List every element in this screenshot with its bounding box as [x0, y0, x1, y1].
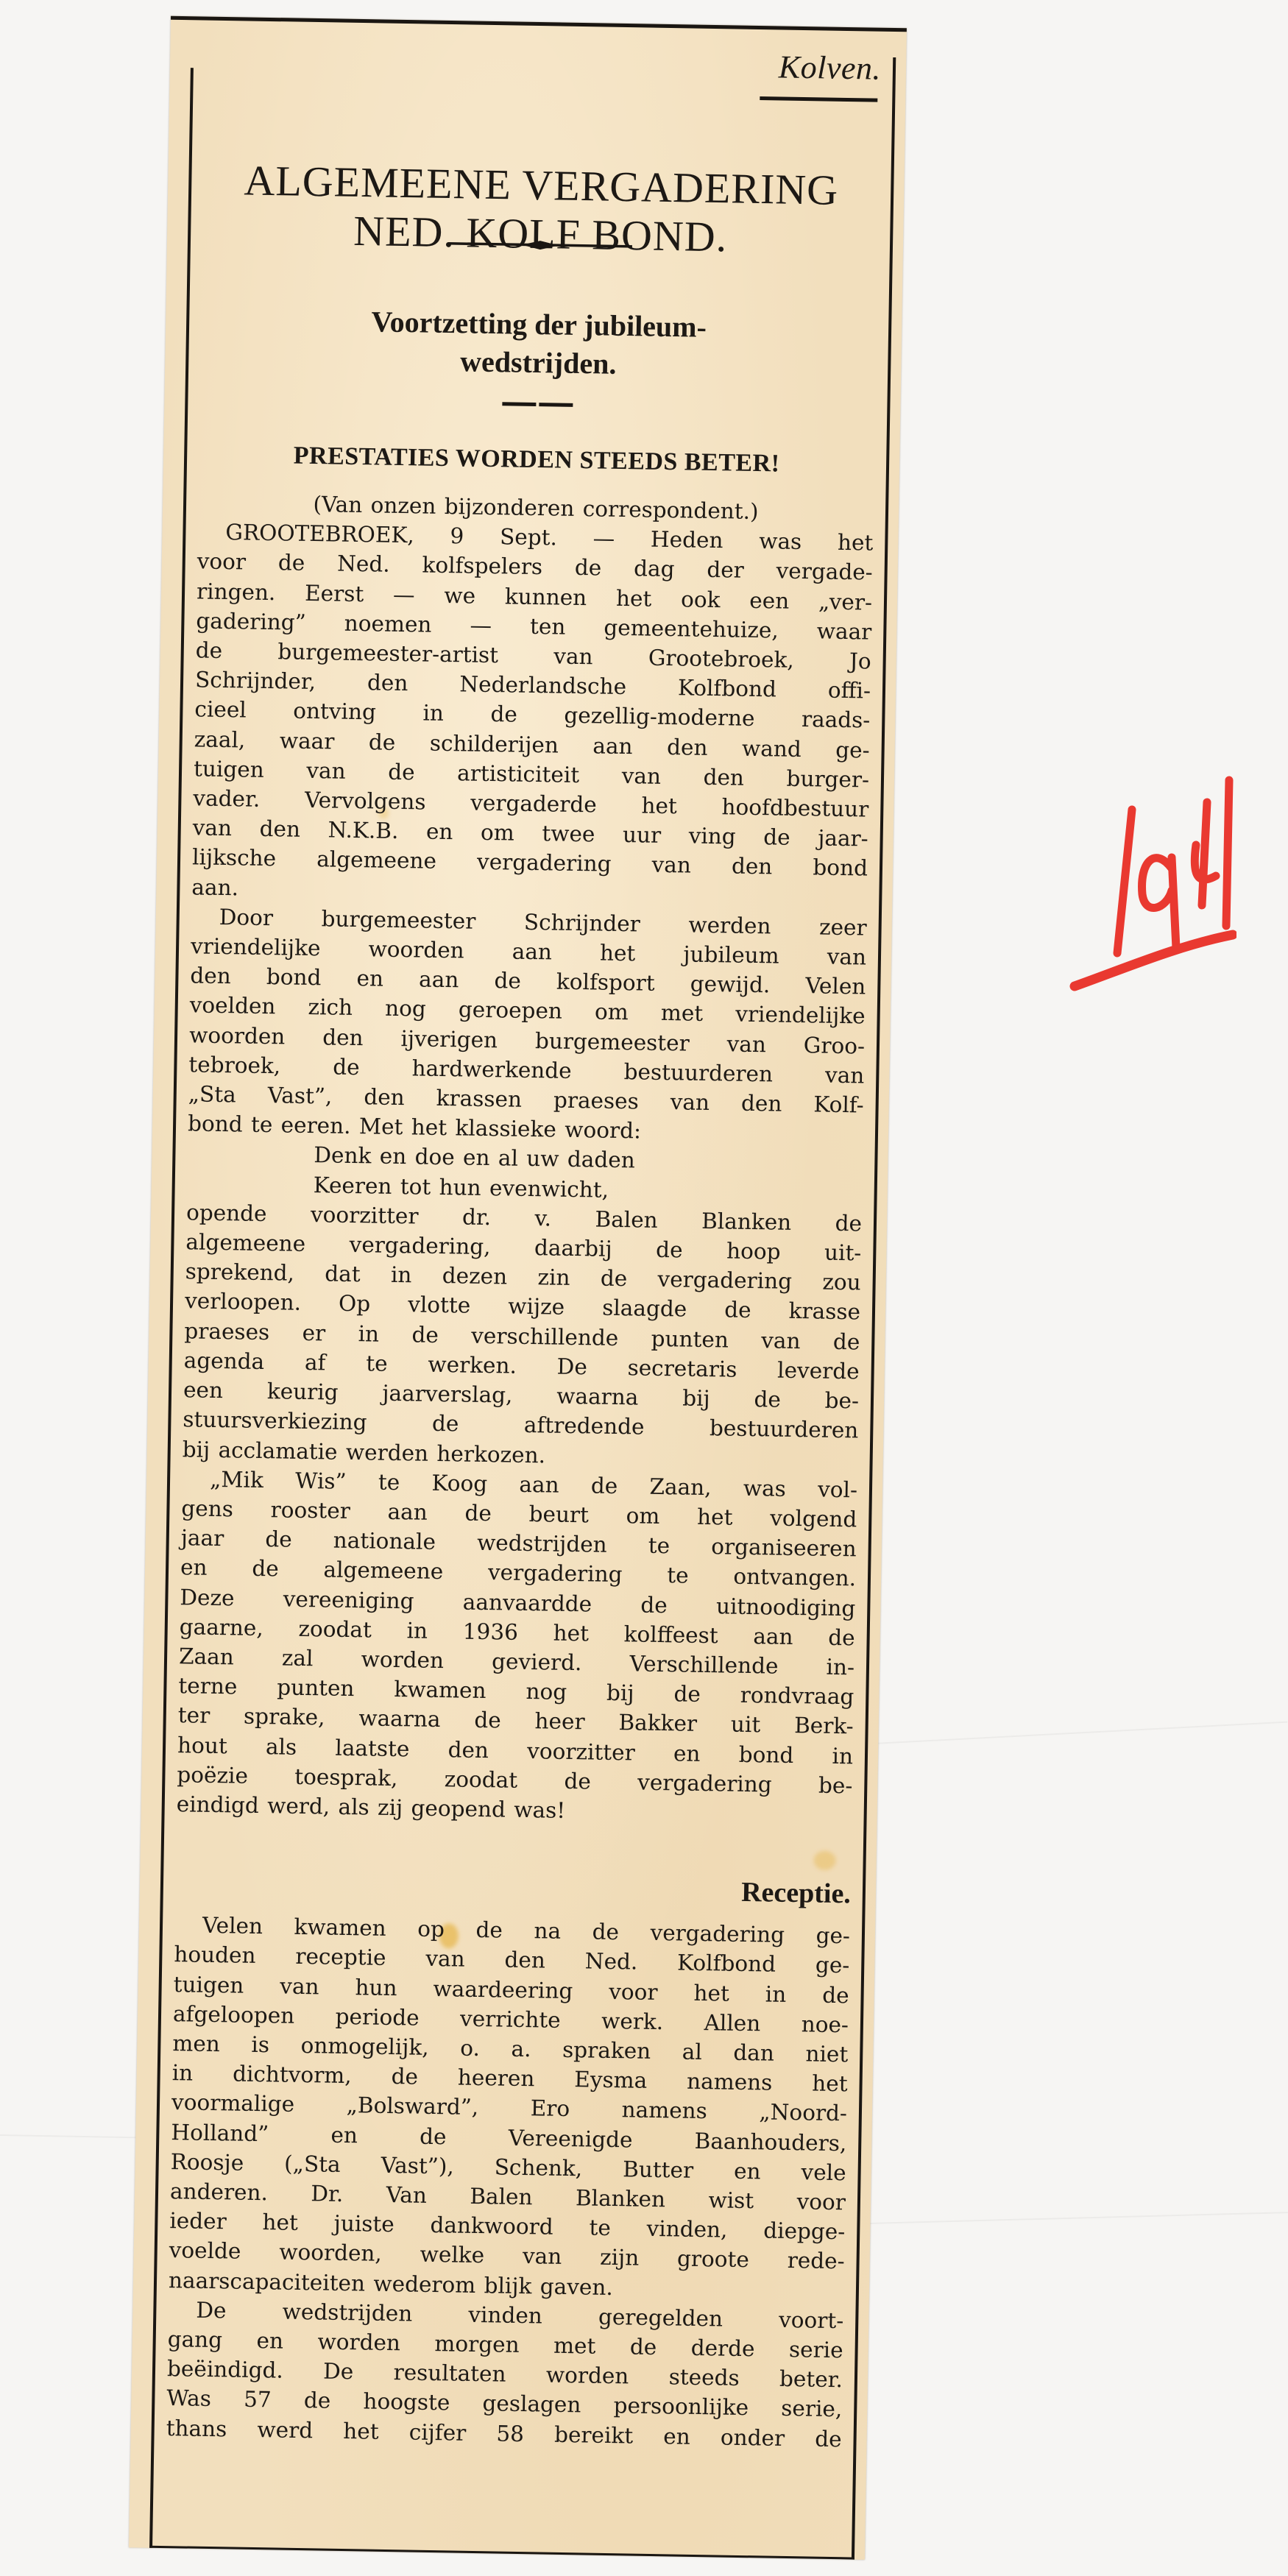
subheadline-line: Voortzetting der jubileum- — [371, 305, 707, 344]
border-rule-bottom — [149, 2546, 854, 2560]
section-heading: Receptie. — [175, 1864, 852, 1912]
headline-line: ALGEMEENE VERGADERING — [244, 156, 839, 213]
paper-fold — [868, 2212, 1288, 2224]
headline-line: NED. KOLF BOND. — [353, 207, 728, 261]
newspaper-clipping: Kolven. ALGEMEENE VERGADERING NED. KOLF … — [129, 16, 907, 2560]
handwritten-annotation-194 — [1045, 751, 1236, 994]
paper-fold — [846, 1722, 1287, 1746]
subheadline: Voortzetting der jubileum- wedstrijden. — [200, 300, 877, 387]
section-tag-underline — [760, 96, 877, 102]
double-dash-rule — [502, 402, 573, 407]
subheadline-line: wedstrijden. — [460, 344, 617, 381]
kicker: PRESTATIES WORDEN STEEDS BETER! — [199, 440, 875, 479]
article-body: (Van onzen bijzonderen correspondent.) G… — [166, 487, 874, 2454]
border-rule-top — [171, 16, 907, 32]
section-tag: Kolven. — [778, 48, 881, 87]
